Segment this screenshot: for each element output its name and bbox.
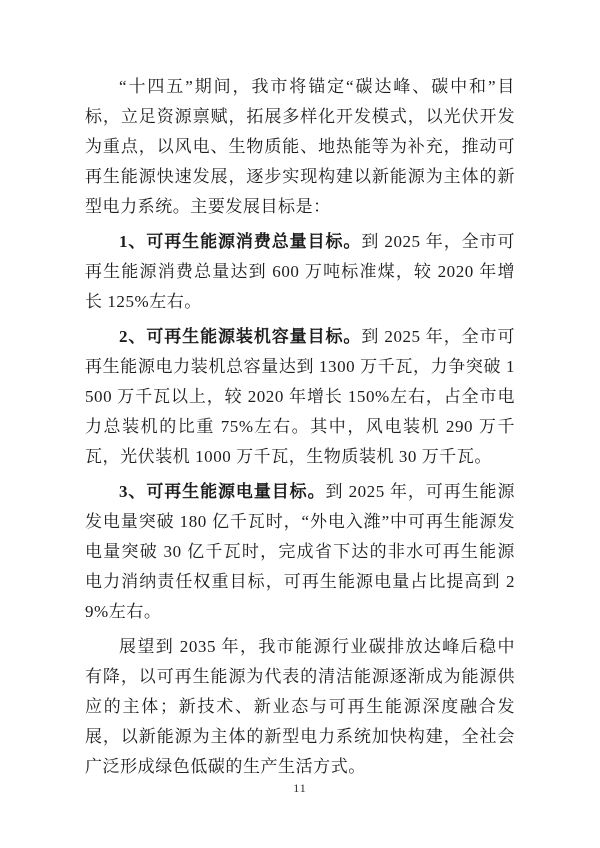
paragraph-lead: 2、可再生能源装机容量目标。 xyxy=(119,327,361,346)
paragraph-goal-capacity: 2、可再生能源装机容量目标。到 2025 年，全市可再生能源电力装机总容量达到 … xyxy=(85,322,515,472)
paragraph-text: 到 2025 年，可再生能源发电量突破 180 亿千瓦时，“外电入潍”中可再生能… xyxy=(85,482,515,621)
paragraph-goal-generation: 3、可再生能源电量目标。到 2025 年，可再生能源发电量突破 180 亿千瓦时… xyxy=(85,477,515,627)
paragraph-lead: 3、可再生能源电量目标。 xyxy=(119,482,326,501)
document-body: “十四五”期间，我市将锚定“碳达峰、碳中和”目标，立足资源禀赋，拓展多样化开发模… xyxy=(85,72,515,782)
paragraph-text: 到 2025 年，全市可再生能源电力装机总容量达到 1300 万千瓦，力争突破 … xyxy=(85,327,515,466)
paragraph-goal-consumption: 1、可再生能源消费总量目标。到 2025 年，全市可再生能源消费总量达到 600… xyxy=(85,227,515,317)
paragraph-text: “十四五”期间，我市将锚定“碳达峰、碳中和”目标，立足资源禀赋，拓展多样化开发模… xyxy=(85,77,515,216)
paragraph-intro: “十四五”期间，我市将锚定“碳达峰、碳中和”目标，立足资源禀赋，拓展多样化开发模… xyxy=(85,72,515,222)
paragraph-text: 展望到 2035 年，我市能源行业碳排放达峰后稳中有降，以可再生能源为代表的清洁… xyxy=(85,637,515,776)
paragraph-lead: 1、可再生能源消费总量目标。 xyxy=(119,232,361,251)
paragraph-outlook-2035: 展望到 2035 年，我市能源行业碳排放达峰后稳中有降，以可再生能源为代表的清洁… xyxy=(85,632,515,782)
document-page: “十四五”期间，我市将锚定“碳达峰、碳中和”目标，立足资源禀赋，拓展多样化开发模… xyxy=(0,0,600,848)
page-number: 11 xyxy=(0,781,600,796)
